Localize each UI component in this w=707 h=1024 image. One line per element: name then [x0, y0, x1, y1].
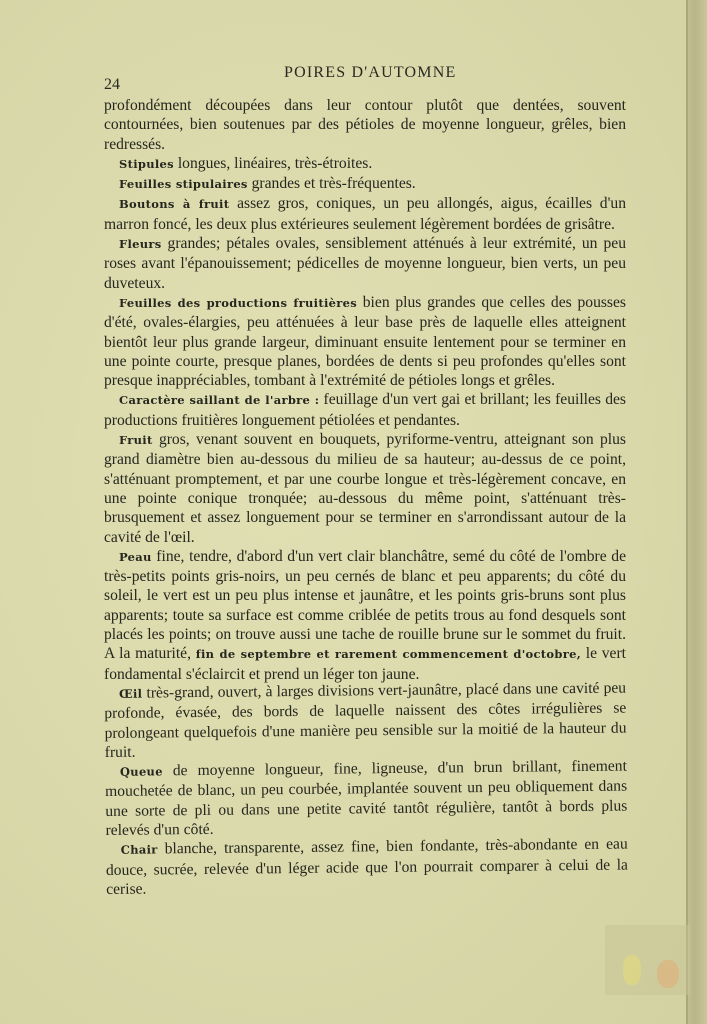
paragraph-text: profondément découpées dans leur contour…	[104, 97, 626, 153]
lower-text-block: Œil très-grand, ouvert, à larges divisio…	[104, 678, 628, 899]
paragraph-queue: Queue de moyenne longueur, fine, ligneus…	[105, 757, 628, 841]
paragraph-text: de moyenne longueur, fine, ligneuse, d'u…	[105, 758, 627, 839]
paragraph-text: blanche, transparente, assez fine, bien …	[106, 836, 628, 898]
paragraph-text: longues, linéaires, très-étroites.	[174, 155, 372, 172]
term-label: Peau	[119, 550, 152, 564]
bleed-through-stain	[623, 955, 641, 985]
paragraph-feuilles-stipulaires: Feuilles stipulaires grandes et très-fré…	[104, 174, 626, 194]
paragraph-continuation: profondément découpées dans leur contour…	[104, 96, 626, 154]
paragraph-stipules: Stipules longues, linéaires, très-étroit…	[104, 154, 626, 174]
term-label: Chair	[121, 843, 158, 857]
page-number: 24	[104, 76, 120, 94]
paragraph-text: grandes; pétales ovales, sensiblement at…	[104, 235, 626, 292]
bleed-through-stain	[657, 960, 679, 988]
page-edge-line	[686, 0, 688, 1024]
term-label: Feuilles stipulaires	[119, 177, 248, 191]
paragraph-caractere: Caractère saillant de l'arbre : feuillag…	[104, 390, 626, 430]
bleed-through-smudge	[605, 925, 690, 995]
paragraph-boutons: Boutons à fruit assez gros, coniques, un…	[104, 194, 626, 234]
maturity-period: fin de septembre et rarement commencemen…	[196, 647, 581, 661]
term-label: Œil	[119, 687, 142, 701]
page-gutter-edge	[686, 0, 707, 1024]
paragraph-peau: Peau fine, tendre, d'abord d'un vert cla…	[104, 547, 626, 684]
term-label: Fruit	[119, 433, 153, 447]
term-label: Caractère saillant de l'arbre :	[119, 393, 319, 407]
body-text: profondément découpées dans leur contour…	[104, 96, 626, 899]
running-title: POIRES D'AUTOMNE	[284, 64, 456, 82]
paragraph-fruit: Fruit gros, venant souvent en bouquets, …	[104, 430, 626, 547]
paragraph-text: très-grand, ouvert, à larges divisions v…	[104, 679, 626, 760]
term-label: Fleurs	[119, 237, 162, 251]
paragraph-text: gros, venant souvent en bouquets, pyrifo…	[104, 431, 626, 545]
paragraph-chair: Chair blanche, transparente, assez fine,…	[106, 835, 629, 899]
paragraph-feuilles-productions: Feuilles des productions fruitières bien…	[104, 293, 626, 390]
paragraph-text: grandes et très-fréquentes.	[248, 175, 416, 192]
term-label: Feuilles des productions fruitières	[119, 296, 357, 310]
paragraph-oeil: Œil très-grand, ouvert, à larges divisio…	[104, 678, 627, 762]
term-label: Boutons à fruit	[119, 197, 229, 211]
paragraph-fleurs: Fleurs grandes; pétales ovales, sensible…	[104, 234, 626, 293]
term-label: Stipules	[119, 157, 174, 171]
term-label: Queue	[120, 764, 163, 778]
page-header: 24 POIRES D'AUTOMNE	[104, 62, 624, 92]
paragraph-text: fine, tendre, d'abord d'un vert clair bl…	[104, 548, 626, 662]
